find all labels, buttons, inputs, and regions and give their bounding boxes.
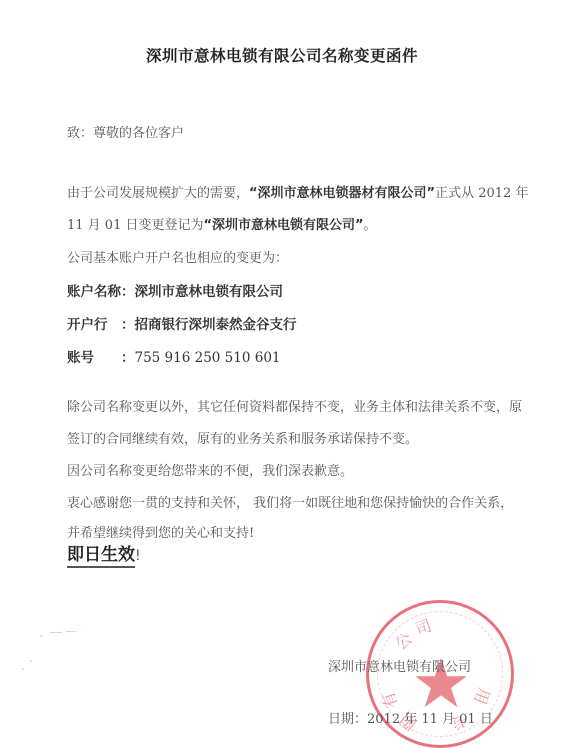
signature-company: 深圳市意林电锁有限公司	[328, 656, 471, 675]
scan-speck	[22, 668, 24, 670]
effective-notice: 即日生效!	[67, 540, 141, 565]
salutation: 致：尊敬的各位客户	[67, 122, 184, 141]
intro-line-1-pre: 由于公司发展规模扩大的需要，	[67, 186, 249, 201]
account-intro: 公司基本账户开户名也相应的变更为：	[67, 247, 288, 266]
account-number-label: 账号 ：	[67, 346, 135, 366]
intro-line-2-post: 。	[364, 218, 377, 233]
effective-text: 即日生效	[67, 545, 135, 568]
scan-speck	[40, 635, 42, 637]
bank-label: 开户行 ：	[67, 313, 135, 333]
thanks-line-1: 衷心感谢您一贯的支持和关怀， 我们将一如既往地和您保持愉快的合作关系，	[67, 492, 513, 511]
account-name-label: 账户名称：	[67, 280, 135, 300]
apology-line: 因公司名称变更给您带来的不便，我们深表歉意。	[67, 460, 353, 479]
body-paragraph-line-1: 除公司名称变更以外，其它任何资料都保持不变，业务主体和法律关系不变，原	[67, 396, 522, 415]
new-company-name: “深圳市意林电锁有限公司”	[203, 218, 363, 233]
scan-speck	[30, 660, 32, 662]
bank-value: 招商银行深圳泰然金谷支行	[135, 313, 297, 333]
bank-row: 开户行 ：招商银行深圳泰然金谷支行	[67, 313, 297, 333]
account-number-value: 755 916 250 510 601	[135, 350, 281, 366]
effective-exclamation: !	[135, 548, 141, 564]
intro-line-1-post: 正式从 2012 年	[435, 186, 528, 201]
account-name-row: 账户名称：深圳市意林电锁有限公司	[67, 280, 283, 300]
thanks-line-2: 并希望继续得到您的关心和支持!	[67, 522, 254, 541]
account-name-value: 深圳市意林电锁有限公司	[135, 280, 284, 300]
document-title: 深圳市意林电锁有限公司名称变更函件	[0, 44, 564, 66]
intro-line-2-pre: 11 月 01 日变更登记为	[67, 218, 203, 233]
scan-speck	[66, 631, 76, 632]
scan-speck	[50, 632, 62, 633]
account-number-row: 账号 ：755 916 250 510 601	[67, 346, 281, 366]
old-company-name: “深圳市意林电锁器材有限公司”	[249, 186, 435, 201]
signature-date: 日期：2012 年 11 月 01 日	[328, 708, 493, 727]
intro-line-1: 由于公司发展规模扩大的需要，“深圳市意林电锁器材有限公司”正式从 2012 年	[67, 182, 528, 201]
intro-line-2: 11 月 01 日变更登记为“深圳市意林电锁有限公司”。	[67, 214, 377, 233]
body-paragraph-line-2: 签订的合同继续有效，原有的业务关系和服务承诺保持不变。	[67, 428, 418, 447]
